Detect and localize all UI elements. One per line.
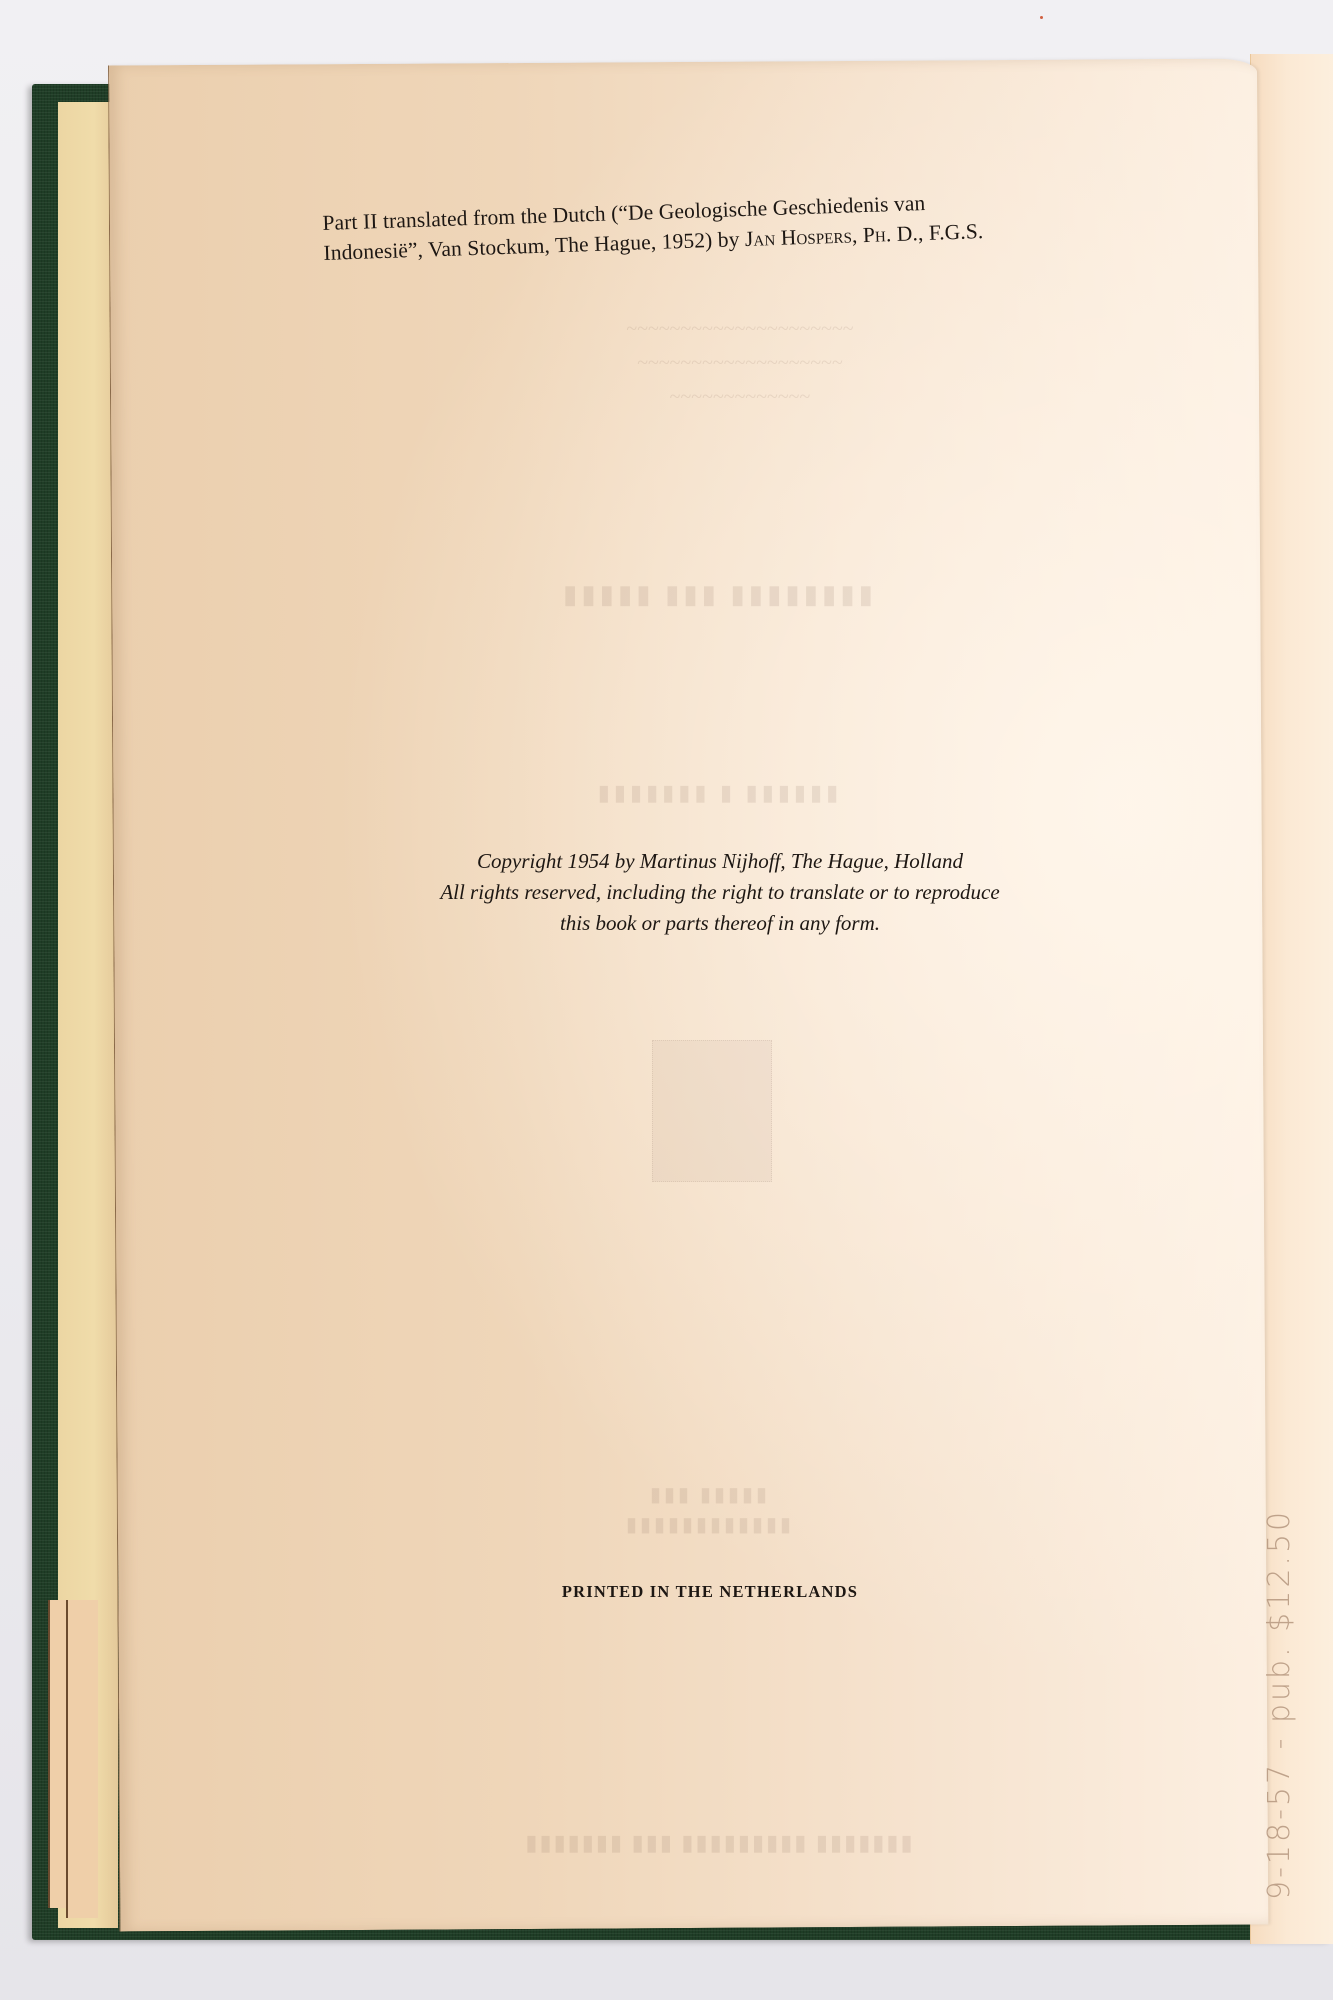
paper-speck xyxy=(1040,16,1043,19)
show-through-text: ▮▮▮ ▮▮▮▮▮▮▮▮▮▮▮▮▮▮▮▮▮ xyxy=(560,1480,860,1540)
pencil-annotation: 9-18-57 - pub. $12.50 xyxy=(1262,1509,1297,1900)
show-through-text: ▮▮▮▮▮ ▮▮▮ ▮▮▮▮▮▮▮▮ xyxy=(470,580,970,610)
rights-reserved-line-cont: this book or parts thereof in any form. xyxy=(360,908,1080,939)
show-through-text: ▮▮▮▮▮▮▮ ▮▮▮ ▮▮▮▮▮▮▮▮▮ ▮▮▮▮▮▮▮ xyxy=(400,1830,1040,1856)
show-through-text: ▮▮▮▮▮▮▮ ▮ ▮▮▮▮▮▮ xyxy=(480,780,960,806)
translator-name: Jan Hospers xyxy=(745,223,853,251)
copyright-line: Copyright 1954 by Martinus Nijhoff, The … xyxy=(360,846,1080,877)
printed-in-imprint: PRINTED IN THE NETHERLANDS xyxy=(520,1582,900,1602)
rights-reserved-line: All rights reserved, including the right… xyxy=(360,877,1080,908)
page-edge xyxy=(66,1600,98,1918)
translator-credentials: , Ph. D., F.G.S. xyxy=(852,219,984,247)
show-through-text: ~~~~~~~~~~~~~~~~~~~~~~~~~~~~~~~~~~~~~~~~… xyxy=(460,312,1020,414)
publisher-colophon-show-through xyxy=(652,1040,772,1182)
copyright-notice: Copyright 1954 by Martinus Nijhoff, The … xyxy=(360,846,1080,939)
